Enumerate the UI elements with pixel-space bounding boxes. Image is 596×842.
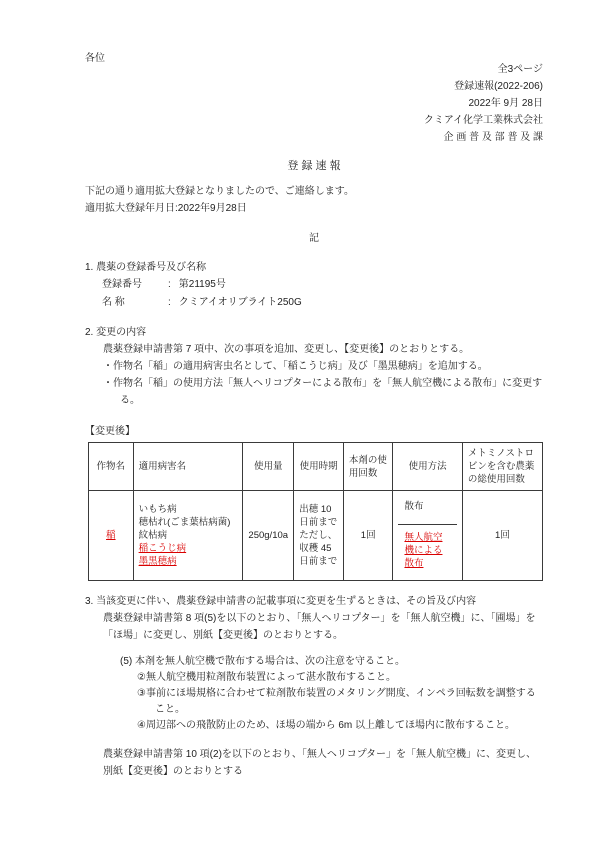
disease-item: 紋枯病 (139, 529, 238, 542)
timing-line: 収穫 45 (299, 542, 338, 555)
col-header-total: メトミノストロビンを含む農薬の総使用回数 (462, 443, 542, 491)
table-caption: 【変更後】 (85, 423, 543, 440)
bulletin-number: 登録速報(2022-206) (85, 78, 543, 95)
method-cell: 散布 無人航空機による散布 (393, 491, 462, 581)
section-1: 1. 農薬の登録番号及び名称 登録番号:第21195号 名 称:クミアイオリブラ… (85, 259, 543, 312)
usage-amount-cell: 250g/10a (243, 491, 294, 581)
department-name: 企 画 普 及 部 普 及 課 (85, 129, 543, 146)
timing-line: 日前まで (299, 555, 338, 568)
note-item-3: ③事前にほ場規格に合わせて粒剤散布装置のメタリング開度、インペラ回転数を調整する… (85, 686, 543, 718)
col-header-count: 本剤の使用回数 (343, 443, 393, 491)
intro-line-2: 適用拡大登録年月日:2022年9月28日 (85, 200, 543, 217)
page-count: 全3ページ (85, 61, 543, 78)
crop-name-cell: 稲 (89, 491, 134, 581)
registration-number-row: 登録番号:第21195号 (85, 276, 543, 294)
doc-title: 登 録 速 報 (85, 158, 543, 175)
usage-timing-cell: 出穂 10 日前まで ただし、 収穫 45 日前まで (294, 491, 344, 581)
document-body: 各位 全3ページ 登録速報(2022-206) 2022年 9月 28日 クミア… (85, 50, 543, 780)
separator-colon: : (160, 276, 179, 294)
col-header-amount: 使用量 (243, 443, 294, 491)
disease-item: 穂枯れ(ごま葉枯病菌) (139, 516, 238, 529)
document-page: 各位 全3ページ 登録速報(2022-206) 2022年 9月 28日 クミア… (0, 0, 596, 842)
disease-item-added: 墨黒穂病 (139, 555, 238, 568)
issue-date: 2022年 9月 28日 (85, 95, 543, 112)
col-header-method: 使用方法 (393, 443, 462, 491)
section-2-line: 農薬登録申請書第 7 項中、次の事項を追加、変更し、【変更後】のとおりとする。 (103, 341, 543, 358)
ki-marker: 記 (85, 230, 543, 247)
section-2-heading: 2. 変更の内容 (85, 324, 543, 341)
separator-colon: : (160, 294, 179, 312)
disease-item-added: 稲こうじ病 (139, 542, 238, 555)
method-spray: 散布 (398, 495, 456, 525)
total-count-cell: 1回 (462, 491, 542, 581)
registration-number-label: 登録番号 (102, 276, 160, 294)
timing-line: 出穂 10 (299, 503, 338, 516)
disease-cell: いもち病 穂枯れ(ごま葉枯病菌) 紋枯病 稲こうじ病 墨黒穂病 (133, 491, 243, 581)
intro-block: 下記の通り適用拡大登録となりましたので、ご連絡します。 適用拡大登録年月日:20… (85, 183, 543, 217)
item-5-heading: (5) 本剤を無人航空機で散布する場合は、次の注意を守ること。 (85, 654, 543, 670)
product-name-value: クミアイオリブライト250G (179, 297, 302, 308)
closing-paragraph: 農薬登録申請書第 10 項(2)を以下のとおり、「無人ヘリコプター」を「無人航空… (85, 746, 543, 780)
section-1-heading: 1. 農薬の登録番号及び名称 (85, 259, 543, 276)
header-right-block: 全3ページ 登録速報(2022-206) 2022年 9月 28日 クミアイ化学… (85, 61, 543, 146)
timing-line: 日前まで (299, 516, 338, 529)
note-item-4: ④周辺部への飛散防止のため、ほ場の端から 6m 以上離してほ場内に散布すること。 (85, 718, 543, 734)
product-name-label: 名 称 (102, 294, 160, 312)
section-3: 3. 当該変更に伴い、農薬登録申請書の記載事項に変更を生ずるときは、その旨及び内… (85, 593, 543, 780)
disease-item: いもち病 (139, 503, 238, 516)
section-2: 2. 変更の内容 農薬登録申請書第 7 項中、次の事項を追加、変更し、【変更後】… (85, 324, 543, 409)
method-drone-added: 無人航空機による散布 (398, 525, 456, 576)
col-header-timing: 使用時期 (294, 443, 344, 491)
crop-name-highlight: 稲 (106, 530, 116, 541)
usage-count-cell: 1回 (343, 491, 393, 581)
section-3-heading: 3. 当該変更に伴い、農薬登録申請書の記載事項に変更を生ずるときは、その旨及び内… (85, 593, 543, 610)
change-bullet-1: ・作物名「稲」の適用病害虫名として、「稲こうじ病」及び「墨黒穂病」を追加する。 (103, 358, 543, 375)
section-3-para: 農薬登録申請書第 8 項(5)を以下のとおり、「無人ヘリコプター」を「無人航空機… (85, 610, 543, 644)
col-header-disease: 適用病害名 (133, 443, 243, 491)
col-header-crop: 作物名 (89, 443, 134, 491)
timing-line: ただし、 (299, 529, 338, 542)
application-table: 作物名 適用病害名 使用量 使用時期 本剤の使用回数 使用方法 メトミノストロビ… (88, 442, 543, 581)
product-name-row: 名 称:クミアイオリブライト250G (85, 294, 543, 312)
table-header-row: 作物名 適用病害名 使用量 使用時期 本剤の使用回数 使用方法 メトミノストロビ… (89, 443, 543, 491)
note-item-2: ②無人航空機用粒剤散布装置によって湛水散布すること。 (85, 670, 543, 686)
section-2-body: 農薬登録申請書第 7 項中、次の事項を追加、変更し、【変更後】のとおりとする。 … (85, 341, 543, 409)
item-5-block: (5) 本剤を無人航空機で散布する場合は、次の注意を守ること。 ②無人航空機用粒… (85, 654, 543, 734)
table-data-row: 稲 いもち病 穂枯れ(ごま葉枯病菌) 紋枯病 稲こうじ病 墨黒穂病 250g/1… (89, 491, 543, 581)
company-name: クミアイ化学工業株式会社 (85, 112, 543, 129)
change-bullet-2: ・作物名「稲」の使用方法「無人ヘリコプターによる散布」を「無人航空機による散布」… (103, 375, 543, 409)
intro-line-1: 下記の通り適用拡大登録となりましたので、ご連絡します。 (85, 183, 543, 200)
registration-number-value: 第21195号 (179, 279, 226, 290)
